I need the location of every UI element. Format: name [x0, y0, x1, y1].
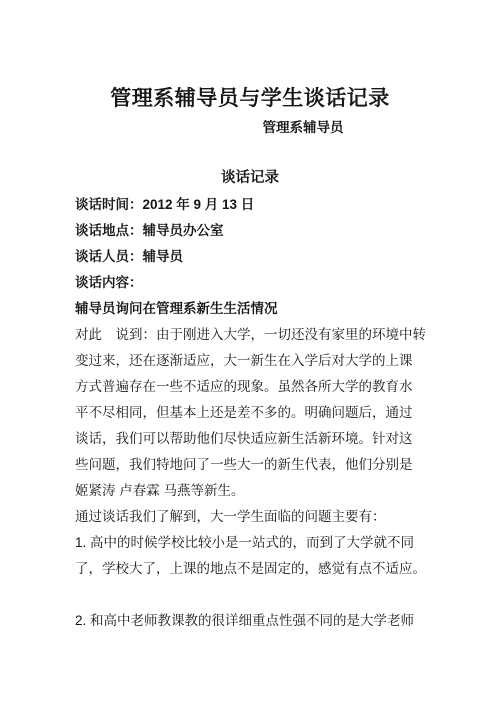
- content-line: 平不尽相同，但基本上还是差不多的。明确问题后，通过: [75, 400, 431, 426]
- content-line: 变过来，还在逐渐适应，大一新生在入学后对大学的上课: [75, 348, 431, 374]
- meta-line-time: 谈话时间：2012 年 9 月 13 日: [75, 192, 431, 218]
- content-line: 对此 说到：由于刚进入大学，一切还没有家里的环境中转: [75, 322, 431, 348]
- meta-line-people: 谈话人员：辅导员: [75, 244, 431, 270]
- content-line: 姬紧涛 卢春霖 马燕等新生。: [75, 478, 431, 504]
- content-line-blank: [75, 582, 431, 608]
- content-line: 1. 高中的时候学校比较小是一站式的，而到了大学就不同: [75, 530, 431, 556]
- document-page: 管理系辅导员与学生谈话记录 管理系辅导员 谈话记录 谈话时间：2012 年 9 …: [0, 0, 500, 707]
- document-body: 谈话时间：2012 年 9 月 13 日 谈话地点：辅导员办公室 谈话人员：辅导…: [75, 192, 431, 634]
- content-line: 辅导员询问在管理系新生生活情况: [75, 296, 431, 322]
- meta-line-content: 谈话内容：: [75, 270, 431, 296]
- section-heading: 谈话记录: [0, 166, 500, 187]
- document-title: 管理系辅导员与学生谈话记录: [0, 82, 500, 112]
- content-line: 谈话，我们可以帮助他们尽快适应新生活新环境。针对这: [75, 426, 431, 452]
- meta-line-place: 谈话地点：辅导员办公室: [75, 218, 431, 244]
- content-line: 方式普遍存在一些不适应的现象。虽然各所大学的教育水: [75, 374, 431, 400]
- document-byline: 管理系辅导员: [53, 116, 500, 136]
- content-line: 2. 和高中老师教课教的很详细重点性强不同的是大学老师: [75, 608, 431, 634]
- content-line: 通过谈话我们了解到，大一学生面临的问题主要有：: [75, 504, 431, 530]
- content-line: 些问题，我们特地问了一些大一的新生代表，他们分别是: [75, 452, 431, 478]
- content-line: 了，学校大了，上课的地点不是固定的，感觉有点不适应。: [75, 556, 431, 582]
